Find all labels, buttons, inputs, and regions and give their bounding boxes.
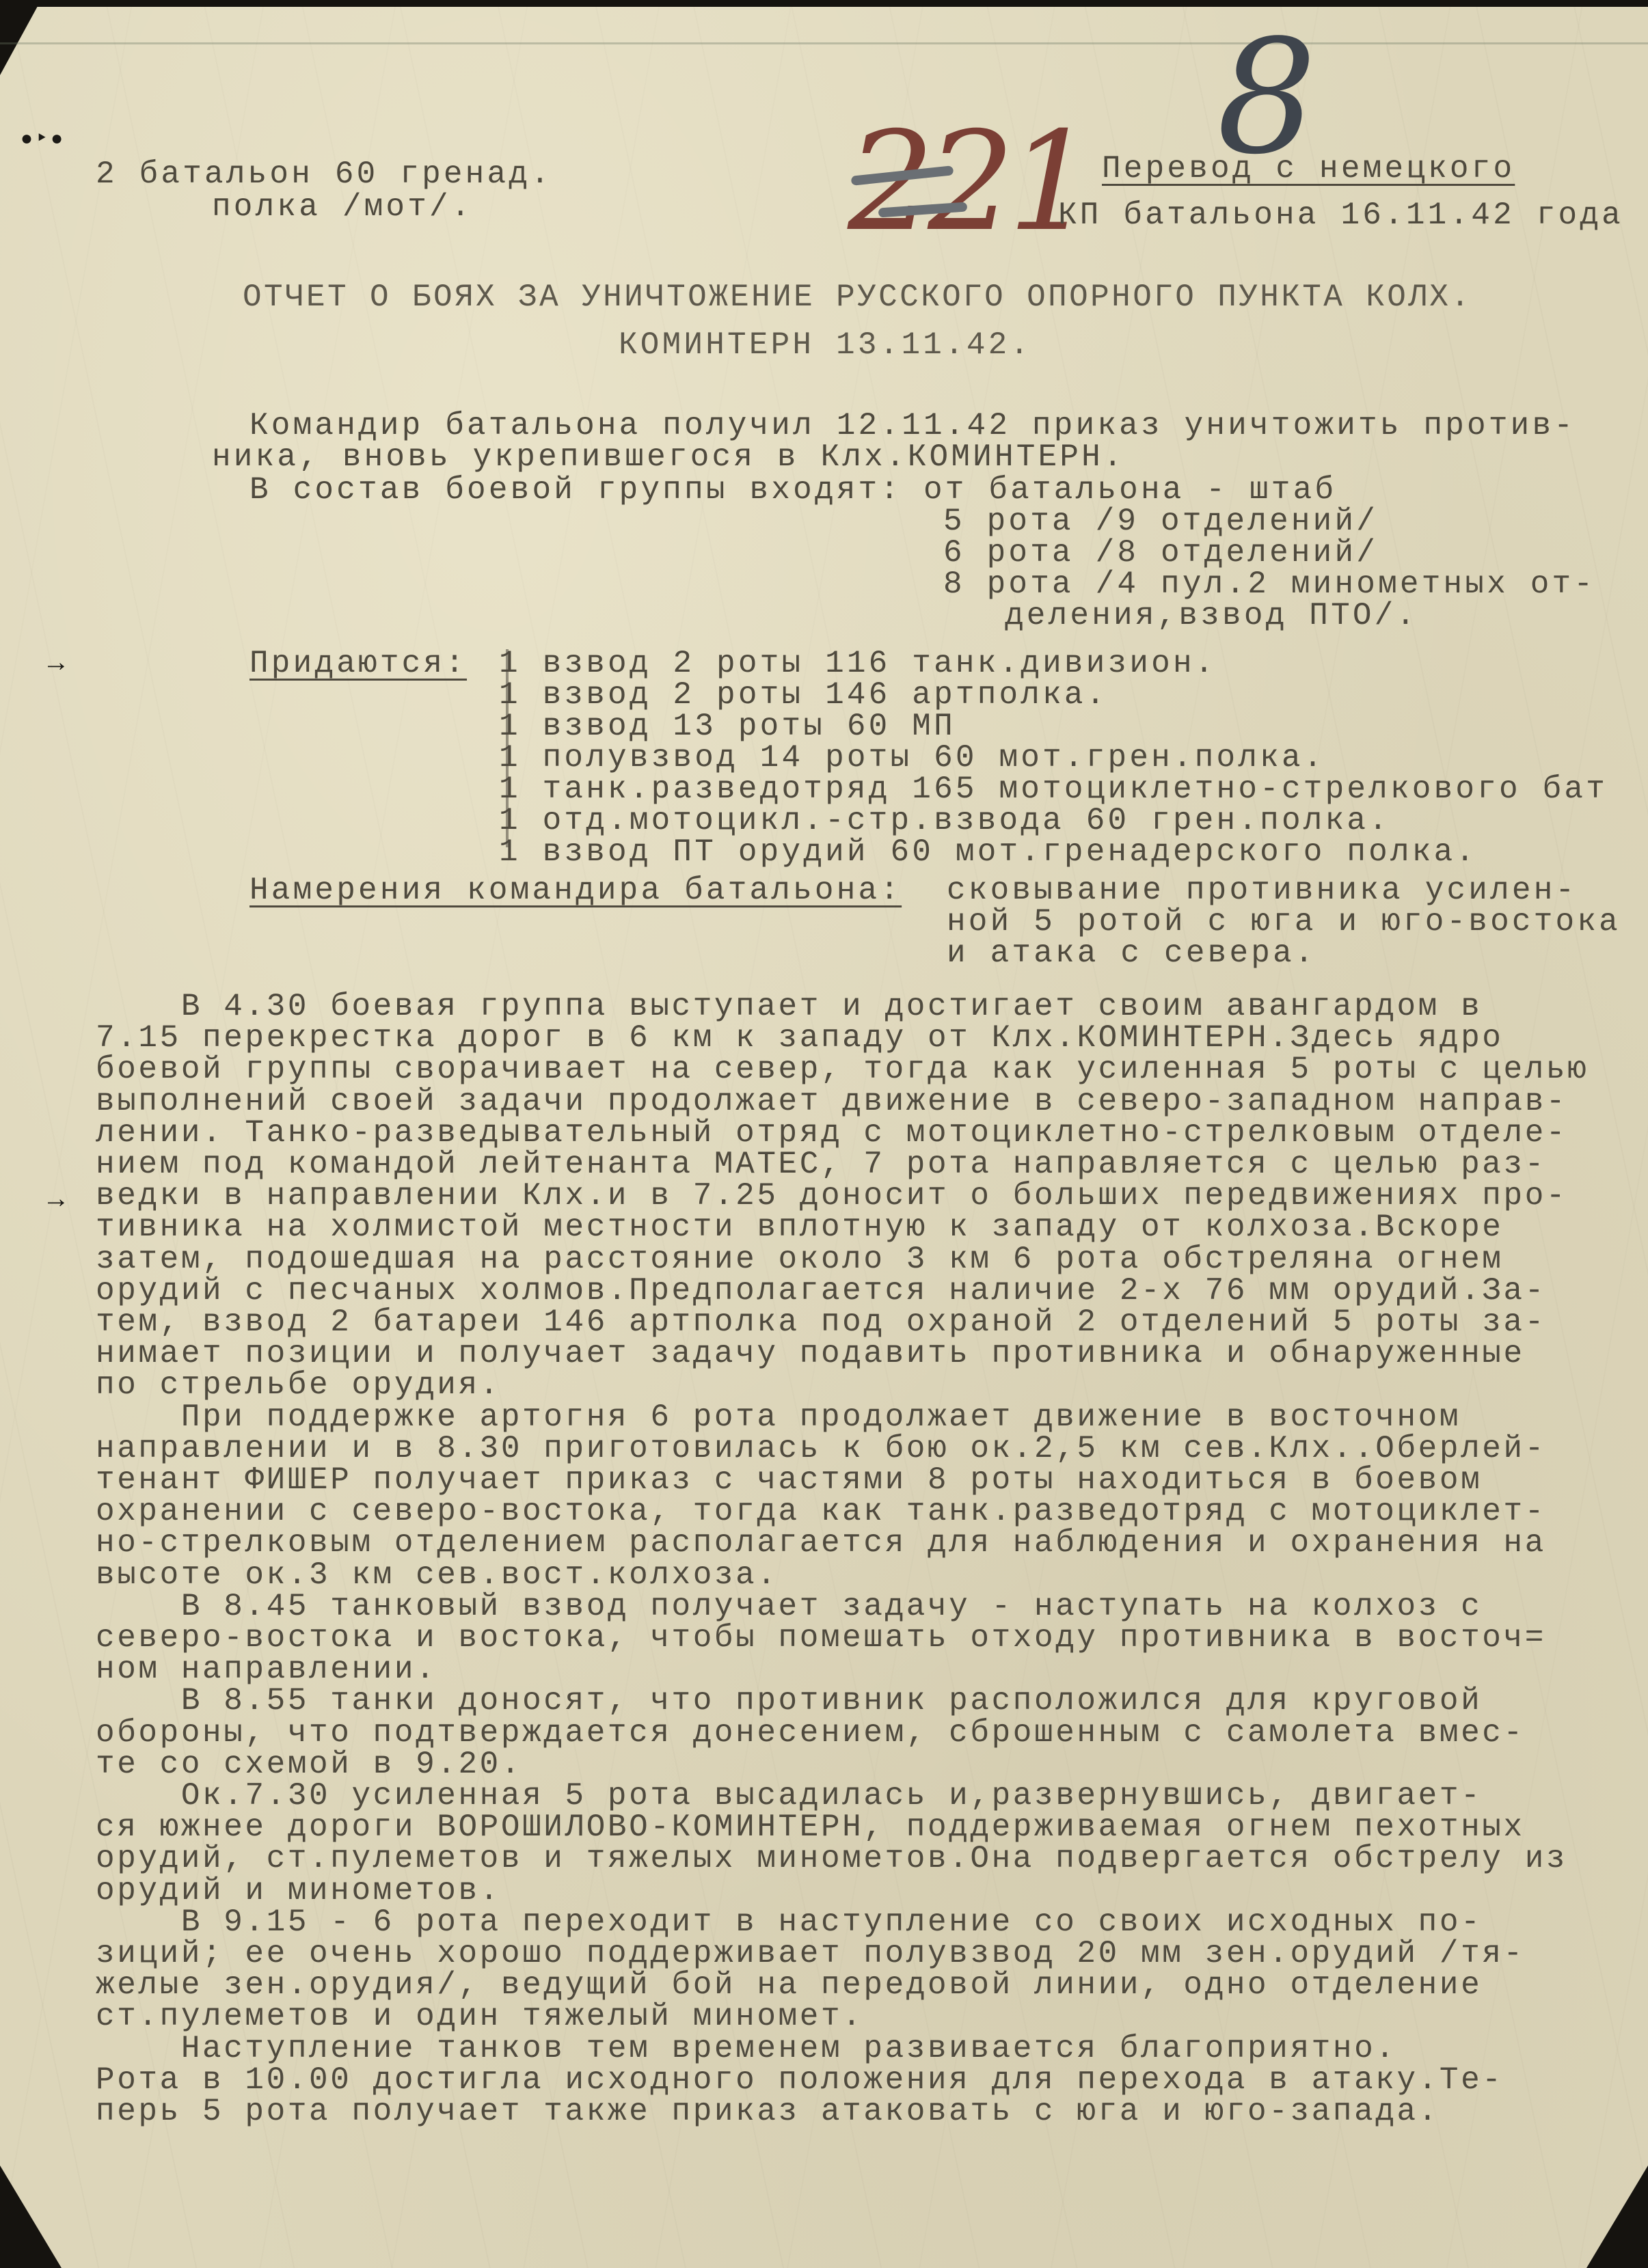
body-line: орудий и минометов. bbox=[96, 1874, 501, 1908]
edge-mark-icon: → bbox=[48, 649, 64, 680]
composition-line: деления,взвод ПТО/. bbox=[1005, 599, 1418, 633]
body-line: тенант ФИШЕР получает приказ с частями 8… bbox=[96, 1463, 1482, 1497]
body-line: по стрельбе орудия. bbox=[96, 1368, 501, 1402]
body-line: охранении с северо-востока, тогда как та… bbox=[96, 1494, 1546, 1529]
body-line: северо-востока и востока, чтобы помешать… bbox=[96, 1621, 1546, 1655]
paper-fold-line bbox=[0, 42, 1648, 44]
attached-item: 1 танк.разведотряд 165 мотоциклетно-стре… bbox=[499, 772, 1608, 806]
composition-line: 5 рота /9 отделений/ bbox=[943, 504, 1378, 538]
body-line: тем, взвод 2 батареи 146 артполка под ох… bbox=[96, 1305, 1546, 1339]
body-line: В 8.45 танковый взвод получает задачу - … bbox=[96, 1589, 1482, 1624]
body-line: 7.15 перекрестка дорог в 6 км к западу о… bbox=[96, 1021, 1504, 1055]
body-line: В 9.15 - 6 рота переходит в наступление … bbox=[96, 1905, 1482, 1939]
punch-holes-icon: ●‣● bbox=[21, 126, 66, 152]
scan-corner-bottom-right bbox=[1586, 2165, 1648, 2268]
body-line: орудий, ст.пулеметов и тяжелых минометов… bbox=[96, 1842, 1567, 1876]
body-line: затем, подошедшая на расстояние около 3 … bbox=[96, 1242, 1504, 1276]
body-line: Рота в 10.00 достигла исходного положени… bbox=[96, 2063, 1504, 2097]
body-line: высоте ок.3 км сев.вост.колхоза. bbox=[96, 1558, 779, 1592]
scan-edge-top bbox=[0, 0, 1648, 7]
scan-corner-bottom-left bbox=[0, 2165, 62, 2268]
edge-mark-icon: → bbox=[48, 1186, 64, 1216]
unit-line-1: 2 батальон 60 гренад. bbox=[96, 157, 552, 191]
intro-line: ника, вновь укрепившегося в Клх.КОМИНТЕР… bbox=[212, 440, 1125, 474]
scan-corner-top-left bbox=[0, 0, 41, 75]
attached-item: 1 взвод 2 роты 146 артполка. bbox=[499, 678, 1108, 712]
composition-line: 6 рота /8 отделений/ bbox=[943, 536, 1378, 570]
body-line: ведки в направлении Клх.и в 7.25 доносит… bbox=[96, 1179, 1567, 1213]
body-line: ном направлении. bbox=[96, 1652, 437, 1686]
attached-label: Придаются: bbox=[249, 646, 467, 681]
body-line: ст.пулеметов и один тяжелый миномет. bbox=[96, 1999, 863, 2034]
body-line: Наступление танков тем временем развивае… bbox=[96, 2032, 1396, 2066]
body-line: Ок.7.30 усиленная 5 рота высадилась и,ра… bbox=[96, 1779, 1482, 1813]
unit-line-2: полка /мот/. bbox=[212, 190, 473, 224]
attached-item: 1 полувзвод 14 роты 60 мот.грен.полка. bbox=[499, 741, 1325, 775]
attached-item: 1 взвод 13 роты 60 МП bbox=[499, 709, 956, 743]
origin-line: КП батальона 16.11.42 года bbox=[1058, 198, 1623, 232]
attached-item: 1 отд.мотоцикл.-стр.взвода 60 грен.полка… bbox=[499, 804, 1390, 838]
body-line: направлении и в 8.30 приготовилась к бою… bbox=[96, 1432, 1546, 1466]
body-line: В 8.55 танки доносят, что противник расп… bbox=[96, 1684, 1482, 1718]
report-title: ОТЧЕТ О БОЯХ ЗА УНИЧТОЖЕНИЕ РУССКОГО ОПО… bbox=[243, 280, 1472, 314]
body-line: тивника на холмистой местности вплотную … bbox=[96, 1210, 1504, 1244]
attached-item: 1 взвод 2 роты 116 танк.дивизион. bbox=[499, 646, 1217, 681]
composition-line: 8 рота /4 пул.2 минометных от- bbox=[943, 567, 1595, 601]
translation-note: Перевод с немецкого bbox=[1102, 152, 1515, 186]
body-line: При поддержке артогня 6 рота продолжает … bbox=[96, 1400, 1461, 1434]
body-line: но-стрелковым отделением располагается д… bbox=[96, 1526, 1546, 1560]
body-line: ся южнее дороги ВОРОШИЛОВО-КОМИНТЕРН, по… bbox=[96, 1810, 1525, 1844]
body-line: те со схемой в 9.20. bbox=[96, 1747, 522, 1781]
attached-item: 1 взвод ПТ орудий 60 мот.гренадерского п… bbox=[499, 835, 1477, 869]
body-line: В 4.30 боевая группа выступает и достига… bbox=[96, 989, 1482, 1024]
document-page: ●‣● → → 221 8 2 батальон 60 гренад. полк… bbox=[0, 0, 1648, 2268]
intentions-line: ной 5 ротой с юга и юго-востока bbox=[947, 905, 1621, 939]
body-line: зиций; ее очень хорошо поддерживает полу… bbox=[96, 1937, 1525, 1971]
body-line: выполнений своей задачи продолжает движе… bbox=[96, 1084, 1567, 1119]
intentions-line: и атака с севера. bbox=[947, 936, 1316, 970]
intro-line: В состав боевой группы входят: от баталь… bbox=[249, 473, 1336, 507]
body-line: нием под командой лейтенанта МАТЕС, 7 ро… bbox=[96, 1147, 1546, 1181]
body-line: боевой группы сворачивает на север, тогд… bbox=[96, 1052, 1589, 1087]
body-line: желые зен.орудия/, ведущий бой на передо… bbox=[96, 1968, 1482, 2002]
body-line: нимает позиции и получает задачу подавит… bbox=[96, 1337, 1525, 1371]
intentions-line: сковывание противника усилен- bbox=[947, 873, 1577, 907]
intentions-label: Намерения командира батальона: bbox=[249, 873, 902, 907]
intro-line: Командир батальона получил 12.11.42 прик… bbox=[249, 409, 1576, 443]
body-line: обороны, что подтверждается донесением, … bbox=[96, 1716, 1525, 1750]
body-line: орудий с песчаных холмов.Предполагается … bbox=[96, 1274, 1546, 1308]
body-line: лении. Танко-разведывательный отряд с мо… bbox=[96, 1116, 1567, 1150]
report-title-date: КОМИНТЕРН 13.11.42. bbox=[619, 328, 1031, 362]
body-line: перь 5 рота получает также приказ атаков… bbox=[96, 2094, 1440, 2129]
